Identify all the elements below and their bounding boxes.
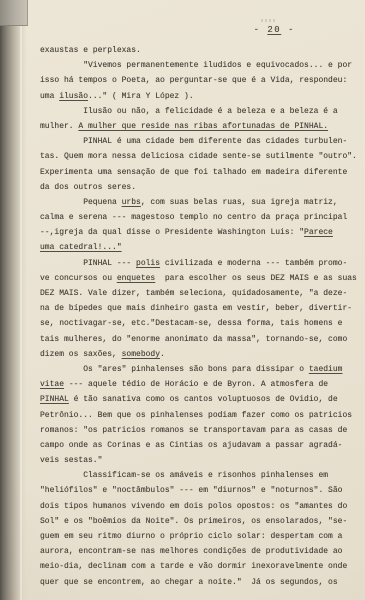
text-segment: "Vivemos permanentemente iludidos e equi… <box>40 61 352 70</box>
text-line: mulher. A mulher que reside nas ribas af… <box>40 119 357 134</box>
text-segment: meio-dia, declinam com a tarde e vão dor… <box>40 562 347 571</box>
text-segment: guem em seu ritmo diurno o próprio ciclo… <box>40 532 342 541</box>
text-segment: na de bípedes que mais dinheiro gasta em… <box>40 304 352 313</box>
underlined-text: polis <box>136 259 160 268</box>
text-line: romanos: "os patricios romanos se transp… <box>40 423 357 438</box>
text-segment: civilizada e moderna --- também promo- <box>160 259 347 268</box>
text-line: calma e serena --- magestoso templo no c… <box>40 210 357 225</box>
text-line: Classificam-se os amáveis e risonhos pin… <box>40 468 357 483</box>
text-line: PINHAL --- polis civilizada e moderna --… <box>40 256 357 271</box>
text-segment: para escolher os seus DEZ MAIS e as suas <box>155 274 357 283</box>
text-segment: campo onde as Corinas e as Cintias os aj… <box>40 441 342 450</box>
text-segment: da dos outros seres. <box>40 183 136 192</box>
text-segment: Classificam-se os amáveis e risonhos pin… <box>40 471 328 480</box>
text-segment: tas. Quem mora nessa deliciosa cidade se… <box>40 152 357 161</box>
text-segment: - <box>281 25 295 35</box>
text-line: uma ilusão..." ( Mira Y López ). <box>40 89 357 104</box>
text-line: aurora, encontram-se nas melhores condiç… <box>40 544 357 559</box>
text-segment: - <box>254 25 268 35</box>
scanned-page: - 20 - exaustas e perplexas. "Vivemos pe… <box>0 0 365 600</box>
text-line: uma catedral!..." <box>40 240 357 255</box>
erased-marks <box>261 19 277 22</box>
text-line: PINHAL é uma cidade bem diferente das ci… <box>40 134 357 149</box>
text-line: campo onde as Corinas e as Cintias os aj… <box>40 438 357 453</box>
underlined-text: A mulher que reside nas ribas afortunada… <box>78 122 328 131</box>
text-segment: Os "ares" pinhalenses são bons para diss… <box>40 365 309 374</box>
text-segment: se, noctivagar-se, etc."Destacam-se, des… <box>40 319 342 328</box>
text-segment: calma e serena --- magestoso templo no c… <box>40 213 347 222</box>
text-segment: uma <box>40 92 59 101</box>
text-line: Pequena urbs, com suas belas ruas, sua i… <box>40 195 357 210</box>
text-line: Petrônio... Bem que os pinhalenses podia… <box>40 408 357 423</box>
text-segment: ..." ( Mira Y López ). <box>88 92 194 101</box>
text-line: dois tipos humanos vivendo em dois polos… <box>40 499 357 514</box>
text-line: Experimenta uma sensação de que foi talh… <box>40 165 357 180</box>
text-line: vitae --- aquele tédio de Horácio e de B… <box>40 377 357 392</box>
text-line: PINHAL é tão sanativa como os cantos vol… <box>40 392 357 407</box>
text-line: veis sestas." <box>40 453 357 468</box>
underlined-text: 20 <box>267 25 281 35</box>
text-line: tais mulheres, do "enorme anonimato da m… <box>40 332 357 347</box>
text-line: meio-dia, declinam com a tarde e vão dor… <box>40 559 357 574</box>
text-segment: dizem os saxões, <box>40 350 122 359</box>
text-line: --,igreja da qual disse o Presidente Was… <box>40 225 357 240</box>
text-segment: ve concursos ou <box>40 274 117 283</box>
text-segment: veis sestas." <box>40 456 102 465</box>
text-segment: dois tipos humanos vivendo em dois polos… <box>40 502 347 511</box>
text-segment: Sol" e os "boêmios da Noite". Os primeir… <box>40 517 347 526</box>
text-segment: Pequena <box>40 198 122 207</box>
text-line: dizem os saxões, somebody. <box>40 347 357 362</box>
text-line: isso há tempos o Poeta, ao perguntar-se … <box>40 73 357 88</box>
text-segment: . <box>160 350 165 359</box>
text-segment: quer que se encontrem, ao chegar a noite… <box>40 578 338 587</box>
text-line: DEZ MAIS. Vale dizer, também seleciona, … <box>40 286 357 301</box>
text-segment: PINHAL --- <box>40 259 136 268</box>
book-gutter-edge <box>0 0 27 600</box>
document-body: exaustas e perplexas. "Vivemos permanent… <box>40 43 357 590</box>
underlined-text: Parece <box>304 228 333 237</box>
text-segment: é tão sanativa como os cantos voluptuoso… <box>69 395 338 404</box>
text-line: guem em seu ritmo diurno o próprio ciclo… <box>40 529 357 544</box>
underlined-text: PINHAL <box>40 395 69 404</box>
text-segment: isso há tempos o Poeta, ao perguntar-se … <box>40 76 347 85</box>
underlined-text: uma catedral!..." <box>40 243 122 252</box>
page-number: - 20 - <box>254 25 295 35</box>
text-line: "heliófilos" e "noctâmbulos" --- em "diu… <box>40 483 357 498</box>
text-line: exaustas e perplexas. <box>40 43 357 58</box>
text-line: Os "ares" pinhalenses são bons para diss… <box>40 362 357 377</box>
text-line: ve concursos ou enquetes para escolher o… <box>40 271 357 286</box>
text-segment: Experimenta uma sensação de que foi talh… <box>40 168 347 177</box>
text-segment: PINHAL é uma cidade bem diferente das ci… <box>40 137 347 146</box>
text-segment: aurora, encontram-se nas melhores condiç… <box>40 547 342 556</box>
underlined-text: vitae <box>40 380 64 389</box>
text-segment: Ilusão ou não, a felicidade é a beleza e… <box>40 107 338 116</box>
underlying-page-corner <box>0 0 28 26</box>
text-segment: --,igreja da qual disse o Presidente Was… <box>40 228 304 237</box>
text-line: tas. Quem mora nessa deliciosa cidade se… <box>40 149 357 164</box>
text-segment: tais mulheres, do "enorme anonimato da m… <box>40 335 347 344</box>
text-segment: Petrônio... Bem que os pinhalenses podia… <box>40 411 352 420</box>
text-line: "Vivemos permanentemente iludidos e equi… <box>40 58 357 73</box>
text-segment: romanos: "os patricios romanos se transp… <box>40 426 347 435</box>
text-line: Sol" e os "boêmios da Noite". Os primeir… <box>40 514 357 529</box>
text-segment: exaustas e perplexas. <box>40 46 141 55</box>
text-line: da dos outros seres. <box>40 180 357 195</box>
underlined-text: urbs <box>122 198 141 207</box>
underlined-text: enquetes <box>117 274 155 283</box>
text-segment: , com suas belas ruas, sua igreja matriz… <box>141 198 338 207</box>
text-segment: mulher. <box>40 122 78 131</box>
underlined-text: somebody <box>122 350 160 359</box>
text-line: se, noctivagar-se, etc."Destacam-se, des… <box>40 316 357 331</box>
text-line: na de bípedes que mais dinheiro gasta em… <box>40 301 357 316</box>
underlined-text: taedium <box>309 365 343 374</box>
text-segment: DEZ MAIS. Vale dizer, também seleciona, … <box>40 289 347 298</box>
text-line: Ilusão ou não, a felicidade é a beleza e… <box>40 104 357 119</box>
text-line: quer que se encontrem, ao chegar a noite… <box>40 575 357 590</box>
text-segment: "heliófilos" e "noctâmbulos" --- em "diu… <box>40 486 342 495</box>
text-segment: --- aquele tédio de Horácio e de Byron. … <box>64 380 328 389</box>
underlined-text: ilusão <box>59 92 88 101</box>
